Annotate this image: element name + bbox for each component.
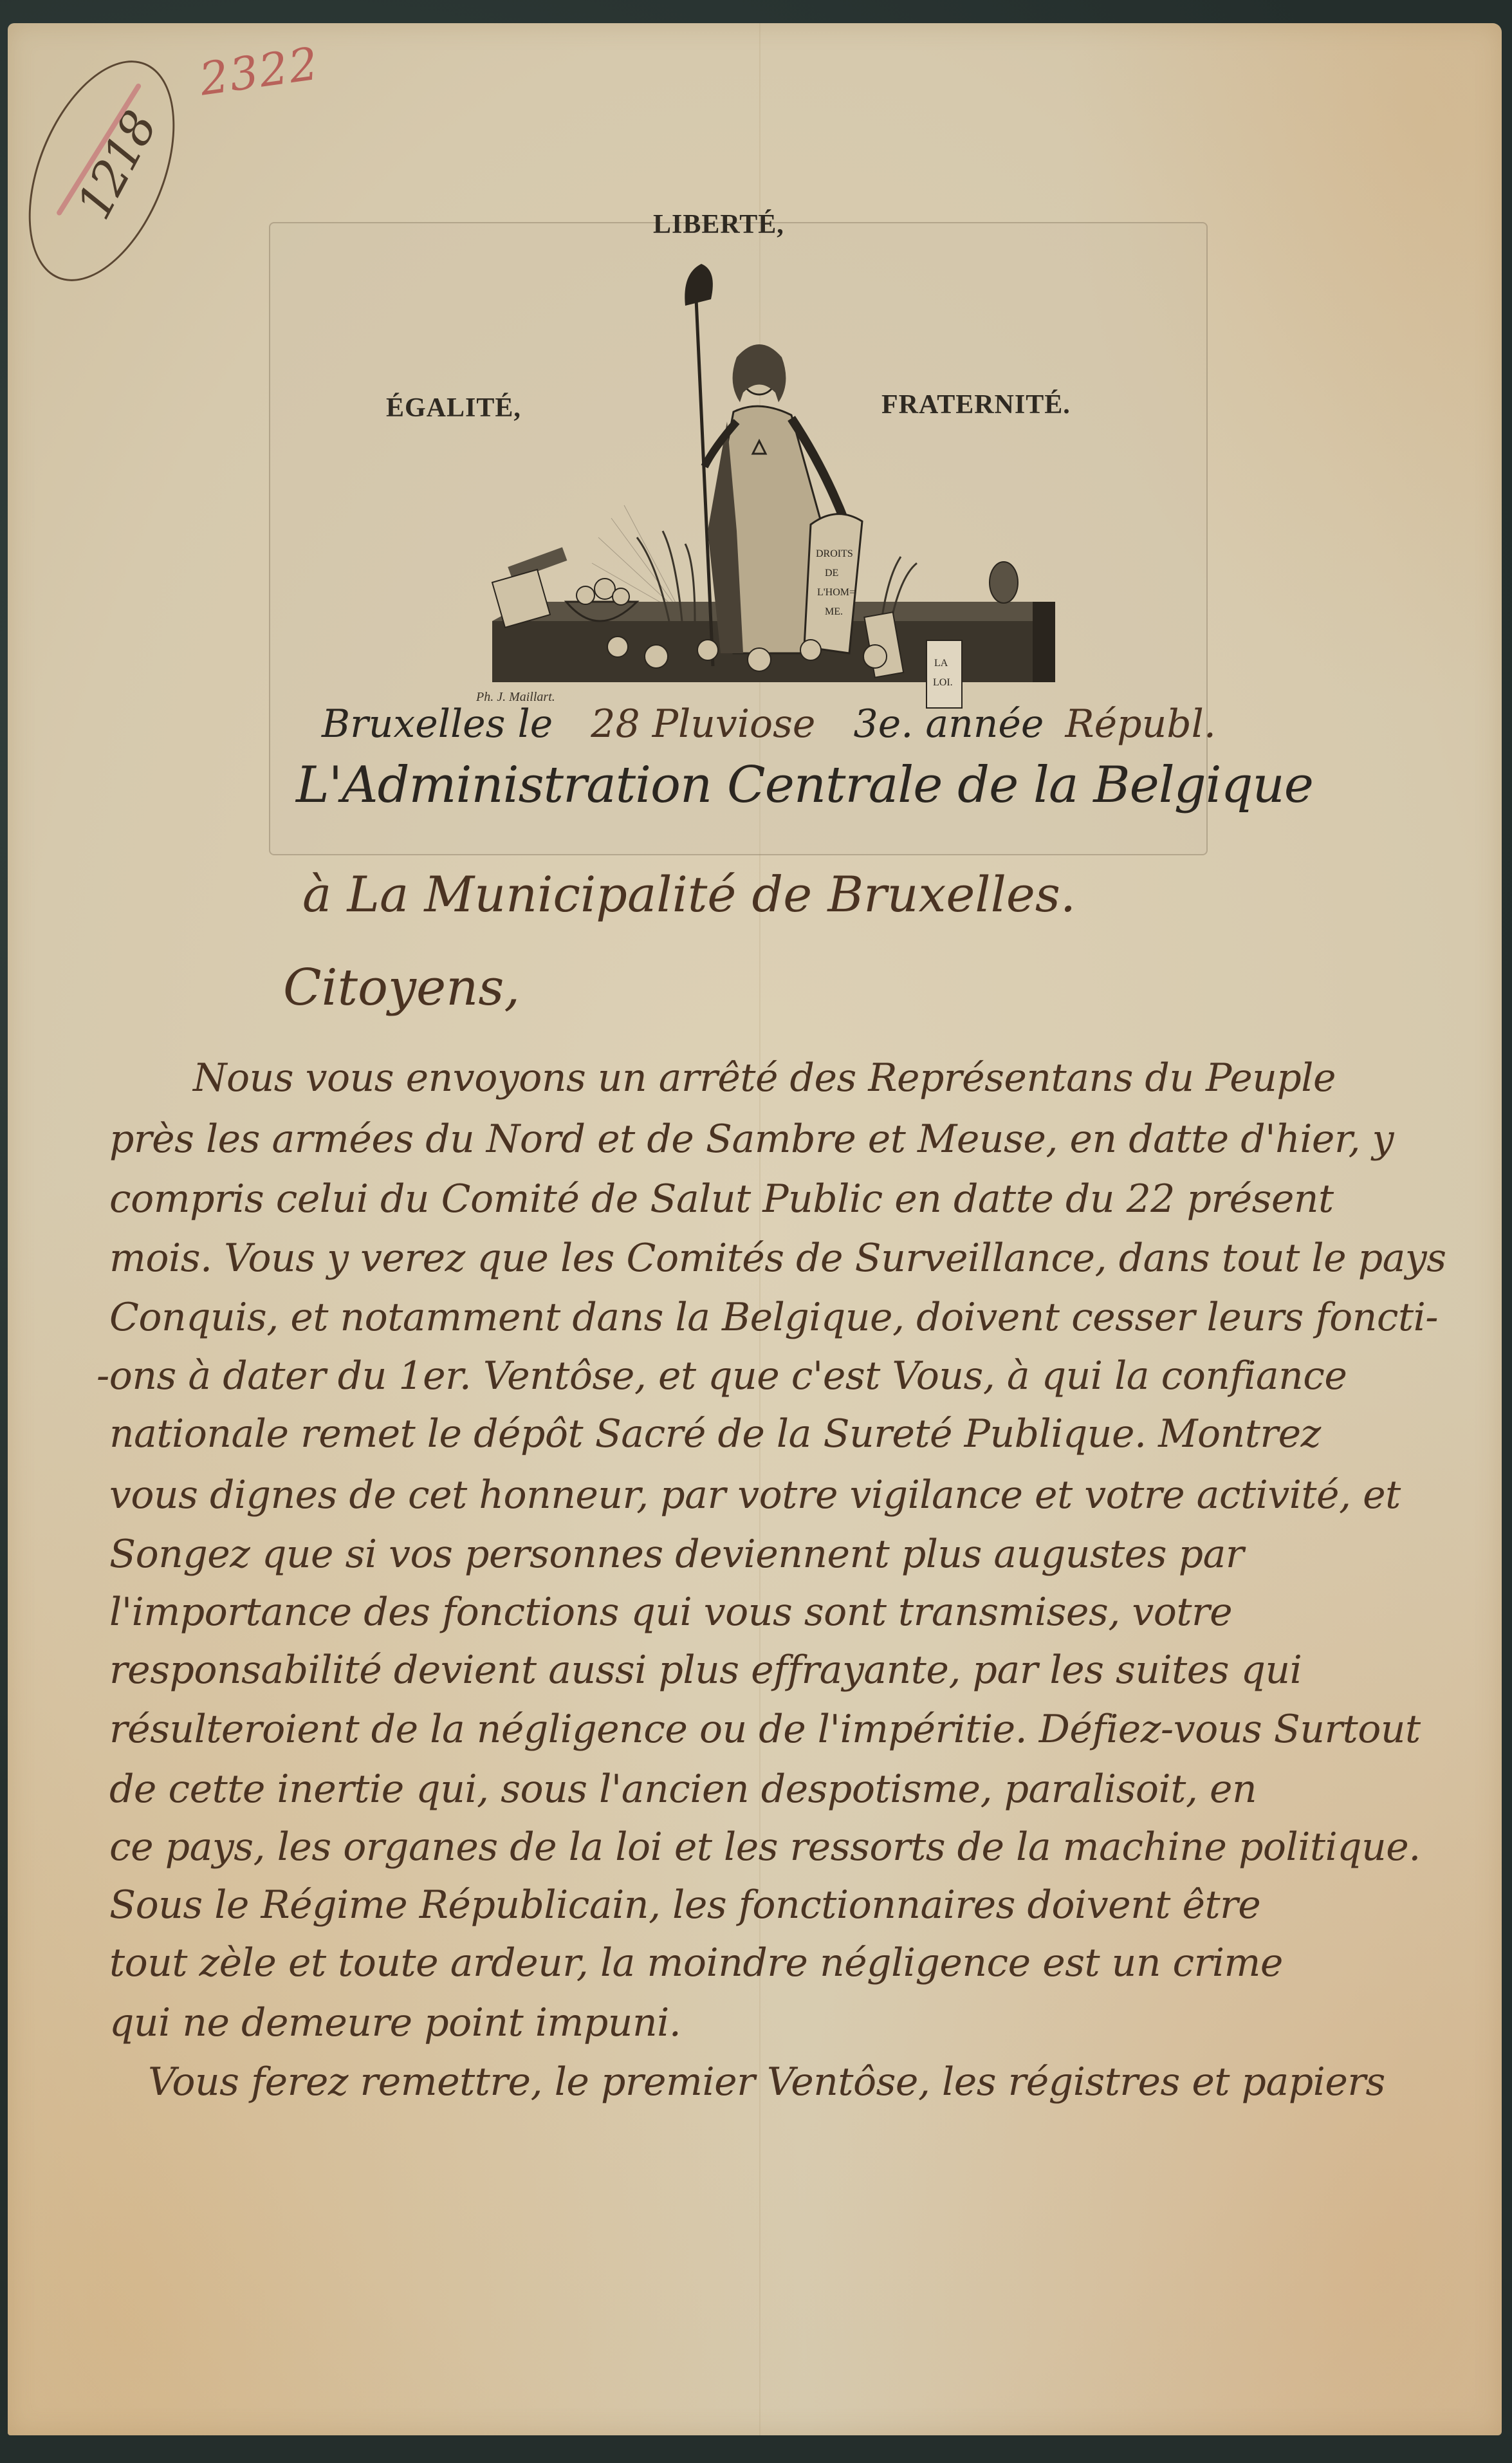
motto-liberte: LIBERTÉ, — [653, 209, 784, 240]
body-line: l'importance des fonctions qui vous sont… — [109, 1590, 1232, 1635]
body-line: qui ne demeure point impuni. — [109, 2000, 681, 2045]
svg-text:DE: DE — [825, 568, 838, 579]
date-line: Bruxelles le 28 Pluviose 3e. année Répub… — [322, 702, 1216, 747]
svg-text:DROITS: DROITS — [816, 548, 853, 559]
svg-text:ME.: ME. — [825, 606, 843, 617]
body-line: vous dignes de cet honneur, par votre vi… — [109, 1473, 1401, 1518]
body-line: Conquis, et notamment dans la Belgique, … — [109, 1295, 1438, 1340]
body-line: près les armées du Nord et de Sambre et … — [109, 1117, 1394, 1162]
addressee-line: à La Municipalité de Bruxelles. — [302, 866, 1076, 923]
body-line: Songez que si vos personnes deviennent p… — [109, 1532, 1244, 1577]
date-prefix: Bruxelles le — [322, 702, 553, 747]
body-line: tout zèle et toute ardeur, la moindre né… — [109, 1940, 1283, 1985]
svg-text:L'HOM=: L'HOM= — [817, 587, 855, 598]
salutation: Citoyens, — [283, 959, 520, 1017]
body-line: résulteroient de la négligence ou de l'i… — [109, 1707, 1421, 1752]
body-line: ce pays, les organes de la loi et les re… — [109, 1825, 1421, 1870]
body-line: -ons à dater du 1er. Ventôse, et que c'e… — [97, 1353, 1347, 1399]
body-line: nationale remet le dépôt Sacré de la Sur… — [109, 1411, 1321, 1456]
svg-text:LOI.: LOI. — [933, 677, 953, 688]
liberty-allegory-engraving-icon: DROITS DE L'HOM= ME. LA LOI. — [489, 254, 1068, 718]
body-line: responsabilité devient aussi plus effray… — [109, 1648, 1302, 1693]
body-line: Nous vous envoyons un arrêté des Représe… — [193, 1055, 1336, 1101]
body-line: Sous le Régime Républicain, les fonction… — [109, 1882, 1260, 1928]
svg-text:LA: LA — [934, 658, 948, 669]
body-line: de cette inertie qui, sous l'ancien desp… — [109, 1767, 1257, 1812]
body-line: compris celui du Comité de Salut Public … — [109, 1176, 1334, 1222]
year-printed: 3e. année — [854, 702, 1044, 747]
year-handwritten: Républ. — [1065, 702, 1216, 747]
body-line: Vous ferez remettre, le premier Ventôse,… — [148, 2059, 1385, 2105]
body-line: mois. Vous y verez que les Comités de Su… — [109, 1236, 1446, 1281]
sender-heading: L'Administration Centrale de la Belgique — [296, 756, 1313, 814]
date-handwritten: 28 Pluviose — [591, 702, 815, 747]
